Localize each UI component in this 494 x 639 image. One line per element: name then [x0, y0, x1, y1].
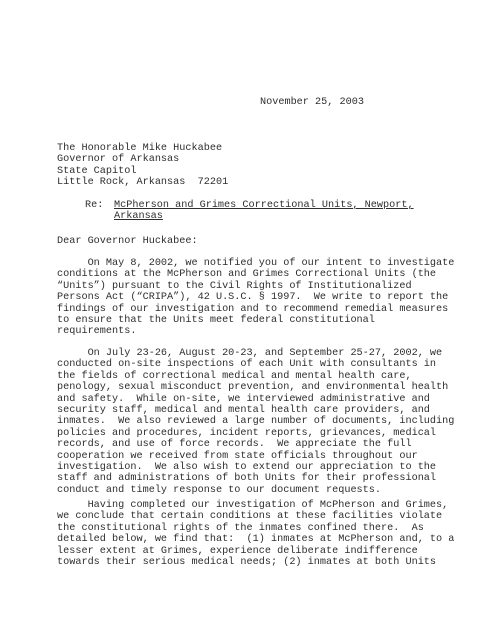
letter-page: November 25, 2003 The Honorable Mike Huc…	[0, 0, 494, 639]
recipient-address: The Honorable Mike Huckabee Governor of …	[57, 143, 228, 189]
salutation: Dear Governor Huckabee:	[57, 236, 198, 247]
paragraph-inspections: On July 23-26, August 20-23, and Septemb…	[57, 348, 454, 496]
re-subject-line2: Arkansas	[114, 211, 163, 222]
letter-date: November 25, 2003	[260, 97, 364, 108]
re-subject-line1: McPherson and Grimes Correctional Units,…	[114, 200, 414, 211]
re-subject: McPherson and Grimes Correctional Units,…	[114, 200, 414, 223]
paragraph-intent-to-investigate: On May 8, 2002, we notified you of our i…	[57, 258, 454, 338]
re-label: Re:	[85, 200, 114, 223]
re-block: Re: McPherson and Grimes Correctional Un…	[85, 200, 414, 223]
paragraph-conclusions: Having completed our investigation of Mc…	[57, 500, 454, 568]
